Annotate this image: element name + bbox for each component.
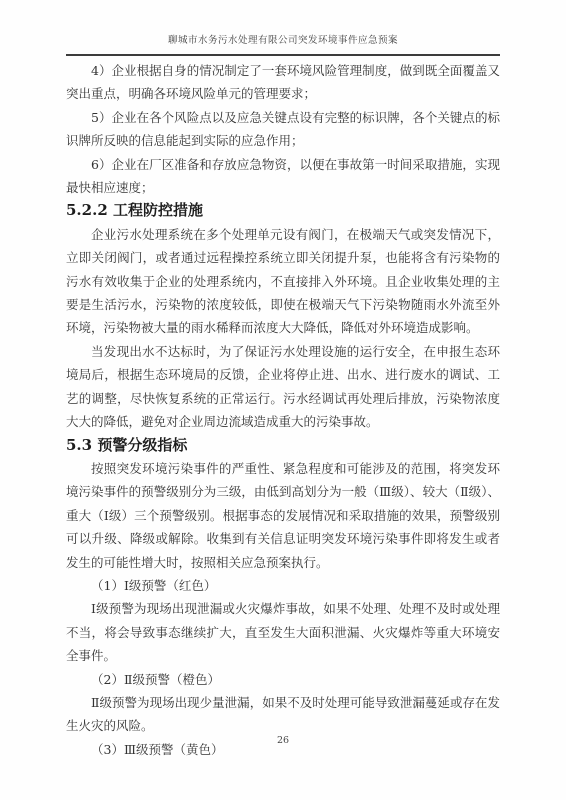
section-heading-5-3: 5.3 预警分级指标	[66, 434, 500, 457]
para-level2-warning-desc: Ⅱ级预警为现场出现少量泄漏，如果不及时处理可能导致泄漏蔓延或存在发生火灾的风险。	[66, 691, 500, 738]
item-level2-warning-title: （2）Ⅱ级预警（橙色）	[66, 668, 500, 691]
page-number: 26	[0, 735, 566, 746]
list-item-4: 4）企业根据自身的情况制定了一套环境风险管理制度，做到既全面覆盖又突出重点，明确…	[66, 59, 500, 106]
para-level1-warning-desc: Ⅰ级预警为现场出现泄漏或火灾爆炸事故，如果不处理、处理不及时或处理不当，将会导致…	[66, 597, 500, 667]
para-engineering-controls-2: 当发现出水不达标时，为了保证污水处理设施的运行安全，在申报生态环境局后，根据生态…	[66, 340, 500, 434]
page-header-title: 聊城市水务污水处理有限公司突发环境事件应急预案	[66, 35, 500, 56]
para-warning-level-overview: 按照突发环境污染事件的严重性、紧急程度和可能涉及的范围，将突发环境污染事件的预警…	[66, 457, 500, 574]
document-page: 聊城市水务污水处理有限公司突发环境事件应急预案 4）企业根据自身的情况制定了一套…	[0, 0, 566, 800]
document-body: 4）企业根据自身的情况制定了一套环境风险管理制度，做到既全面覆盖又突出重点，明确…	[66, 59, 500, 761]
list-item-5: 5）企业在各个风险点以及应急关键点设有完整的标识牌，各个关键点的标识牌所反映的信…	[66, 106, 500, 153]
item-level1-warning-title: （1）Ⅰ级预警（红色）	[66, 574, 500, 597]
para-engineering-controls-1: 企业污水处理系统在多个处理单元设有阀门，在极端天气或突发情况下，立即关闭阀门，或…	[66, 223, 500, 340]
section-heading-5-2-2: 5.2.2 工程防控措施	[66, 199, 500, 222]
list-item-6: 6）企业在厂区准备和存放应急物资，以便在事故第一时间采取措施，实现最快相应速度；	[66, 153, 500, 200]
